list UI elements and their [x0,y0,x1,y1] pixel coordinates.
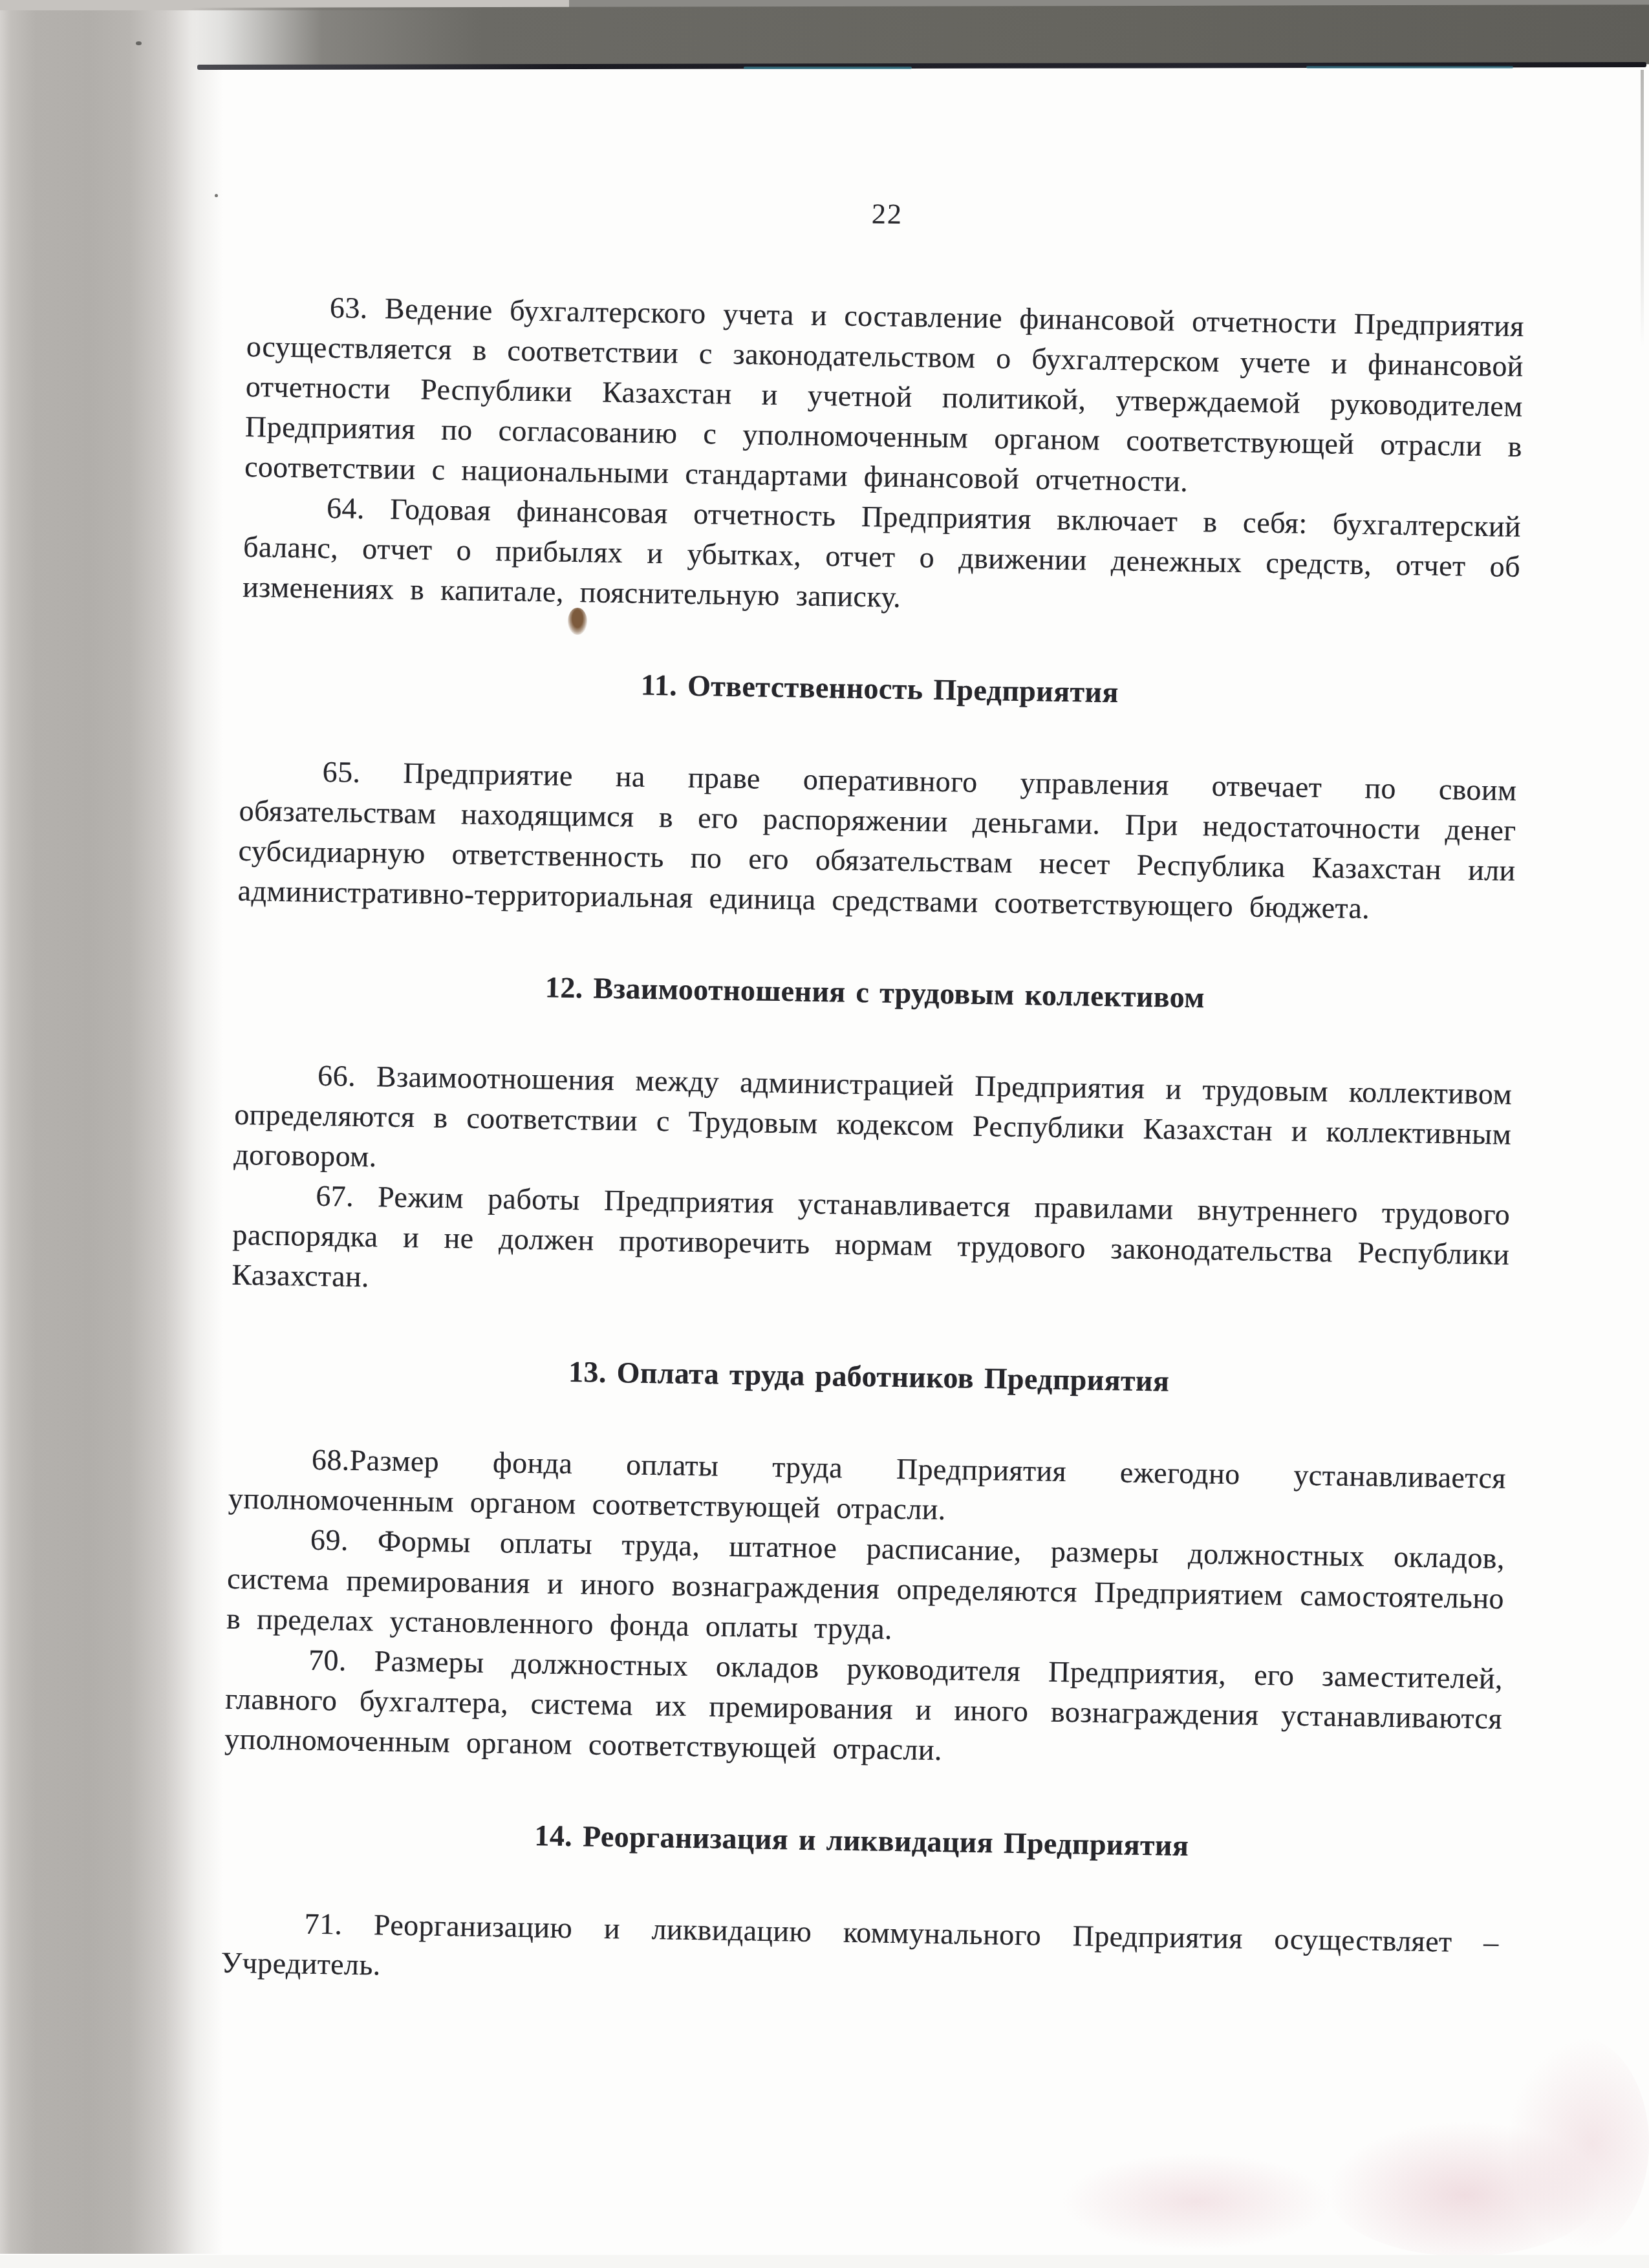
section-heading-12: 12. Взаимоотношения с трудовым коллектив… [236,963,1514,1023]
page-bottom-edge [0,2255,1649,2268]
paragraph-69: 69. Формы оплаты труда, штатное расписан… [226,1519,1505,1659]
paragraph-70: 70. Размеры должностных окладов руководи… [224,1639,1503,1779]
paragraph-66: 66. Взаимоотношения между администрацией… [233,1054,1513,1195]
scanned-document-page: { "document": { "language": "ru", "page_… [0,0,1649,2268]
scan-speck [215,194,218,197]
paragraph-64: 64. Годовая финансовая отчетность Предпр… [242,487,1522,627]
ink-bleed-through [1507,2037,1649,2250]
paragraph-63: 63. Ведение бухгалтерского учета и соста… [244,286,1525,507]
paragraph-65: 65. Предприятие на праве оперативного уп… [237,751,1517,931]
ink-bleed-through [1061,2153,1332,2250]
section-heading-14: 14. Реорганизация и ликвидация Предприят… [223,1811,1501,1871]
page-number: 22 [248,184,1526,244]
paragraph-71: 71. Реорганизацию и ликвидацию коммуналь… [221,1903,1499,2003]
scan-speck [136,41,142,45]
page-right-edge-shadow [1641,70,1644,348]
document-text-block: 22 63. Ведение бухгалтерского учета и со… [221,184,1525,2003]
scanner-lid-shadow [191,5,1649,67]
scanner-bed-left-strip [0,0,223,2254]
paper-stain [568,608,587,635]
section-heading-11: 11. Ответственность Предприятия [241,659,1518,719]
scan-glint [744,67,912,69]
paragraph-67: 67. Режим работы Предприятия устанавлива… [232,1175,1511,1315]
section-heading-13: 13. Оплата труда работников Предприятия [230,1347,1508,1407]
scan-glint [1306,66,1513,69]
